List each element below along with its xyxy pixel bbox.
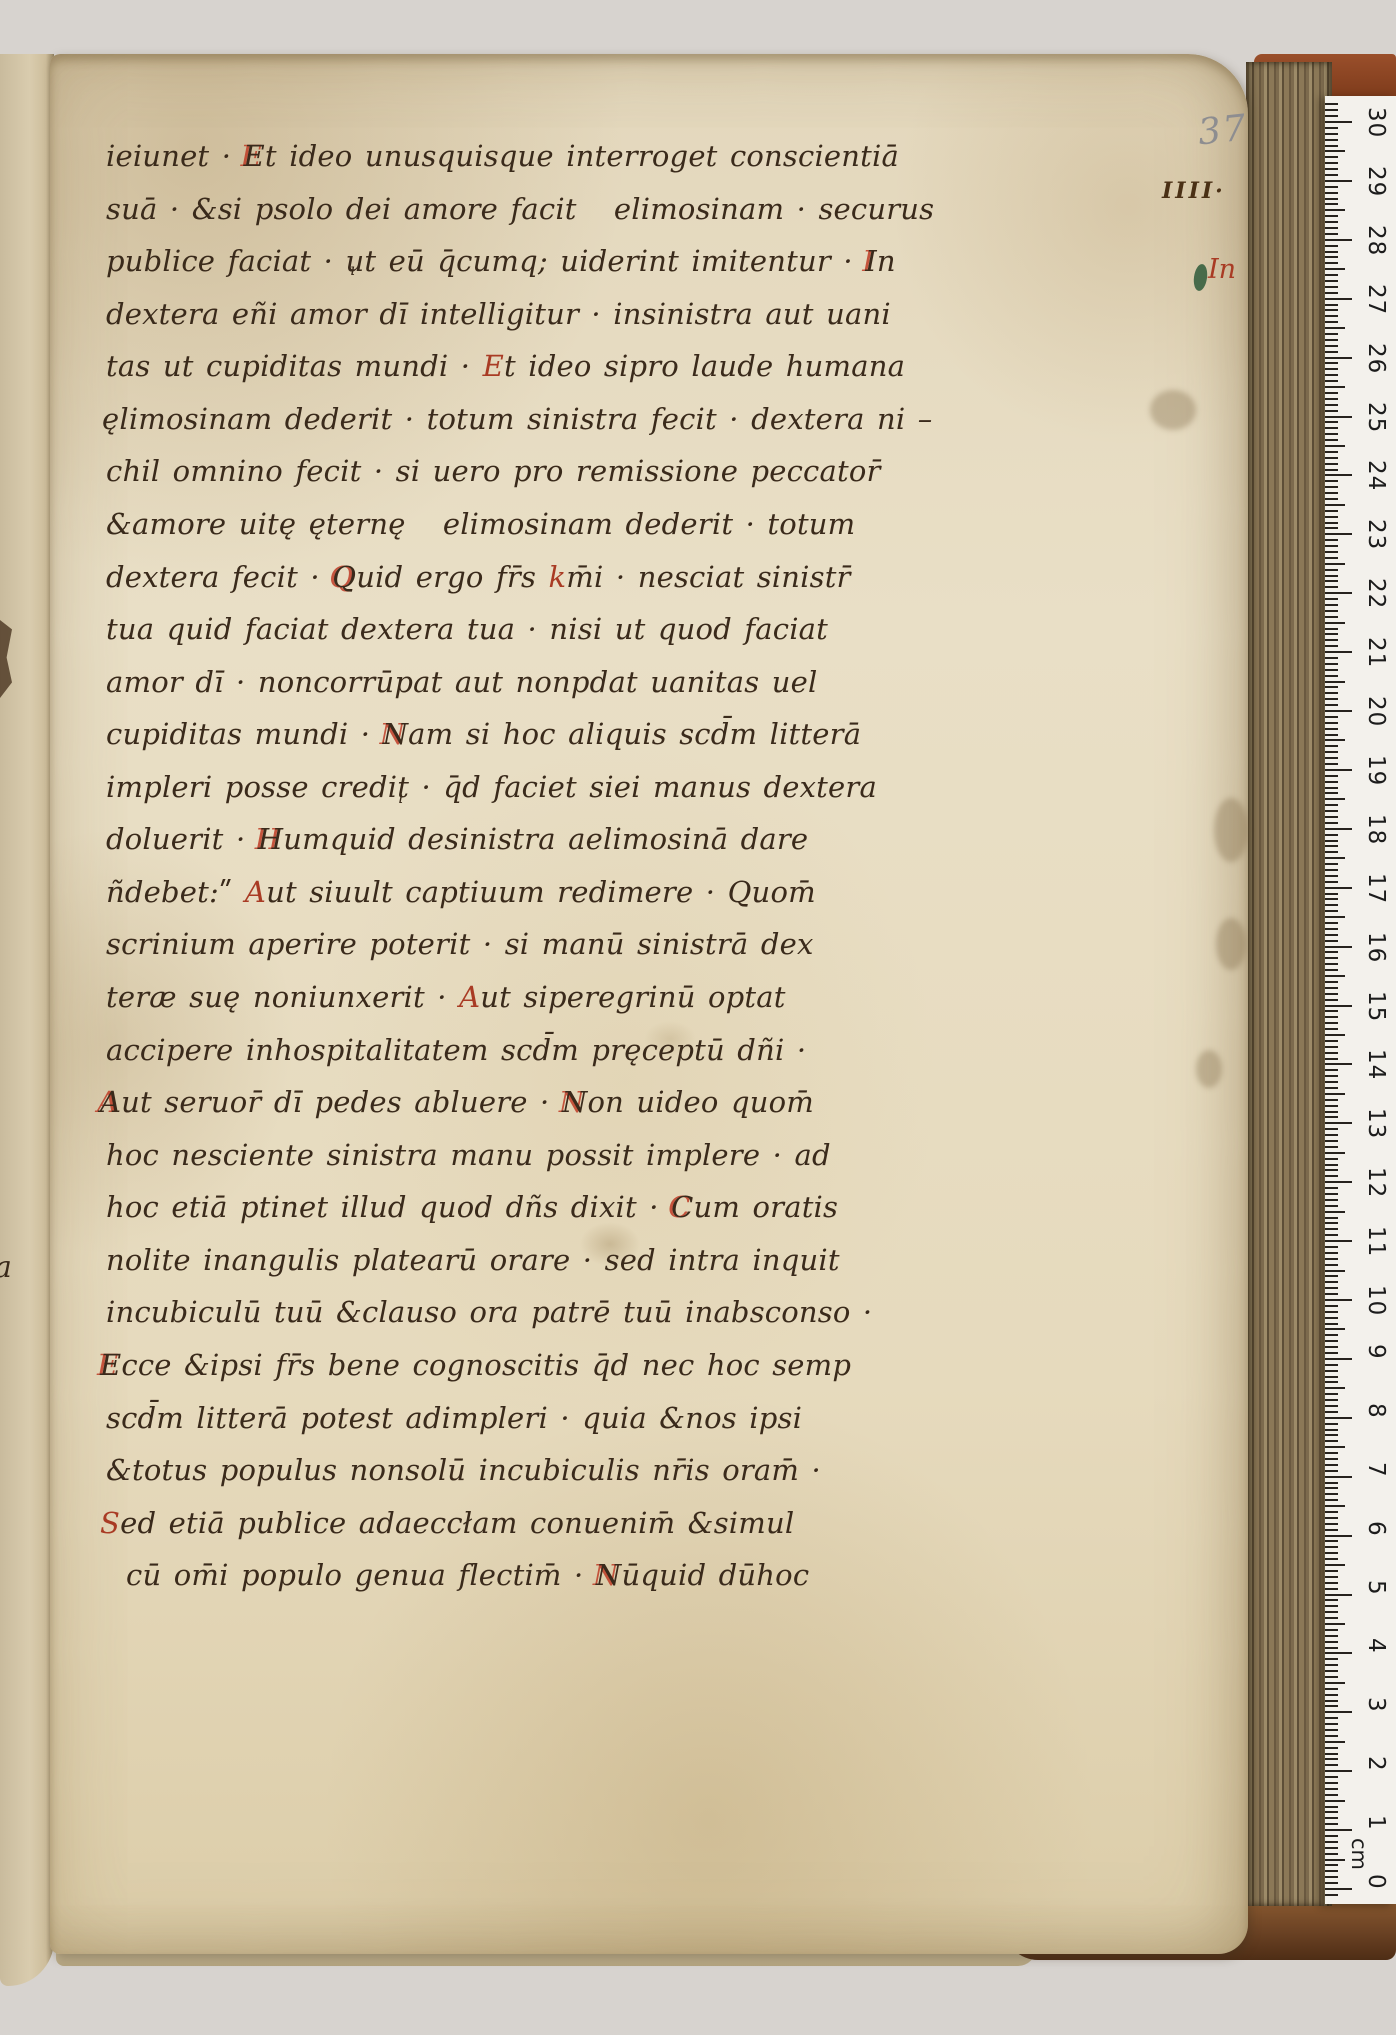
ink-text: cū om̄i populo genua flectim̄ · xyxy=(126,1558,596,1592)
ruler-tick xyxy=(1325,1122,1352,1124)
interlinear-correction-mark: ı xyxy=(398,788,403,807)
ruler-tick xyxy=(1325,957,1338,959)
ruler-tick xyxy=(1325,910,1338,912)
text-line: publice faciat · ut eū q̄cumq; uiderint … xyxy=(106,235,886,288)
ruler-tick xyxy=(1325,510,1338,512)
ruler-tick xyxy=(1325,1582,1338,1584)
ruler-tick xyxy=(1325,757,1338,759)
ruler-tick xyxy=(1325,1664,1338,1666)
ruler-number: 26 xyxy=(1363,343,1389,374)
ruler-tick xyxy=(1325,804,1338,806)
ink-offset-smudge xyxy=(1216,918,1246,970)
ruler-tick xyxy=(1325,1540,1338,1542)
ruler-tick xyxy=(1325,127,1338,129)
ink-text: cce &ipsi fr̄s bene cognoscitis q̄d nec … xyxy=(121,1348,851,1382)
ruler-tick xyxy=(1325,692,1338,694)
ruler-tick xyxy=(1325,1134,1338,1136)
ruler-number: 21 xyxy=(1363,637,1389,668)
ruler-number: 12 xyxy=(1363,1167,1389,1198)
ruler-tick xyxy=(1325,669,1338,671)
ruler-tick xyxy=(1325,1234,1338,1236)
ruler-tick xyxy=(1325,333,1338,335)
ruler-tick xyxy=(1325,1564,1345,1566)
ruler-tick xyxy=(1325,421,1338,423)
ruler-tick xyxy=(1325,893,1338,895)
ink-text: ut siperegrinū optat xyxy=(480,980,785,1014)
ruler-tick xyxy=(1325,734,1338,736)
ruler-tick xyxy=(1325,1499,1338,1501)
ruler-tick xyxy=(1325,1764,1338,1766)
ruler-tick xyxy=(1325,551,1338,553)
rubric-letter: A xyxy=(459,980,480,1014)
ruler-tick xyxy=(1325,321,1338,323)
ruler-tick xyxy=(1325,1440,1338,1442)
ink-text: ut siuult captiuum redimere · Quom̄ xyxy=(266,875,816,909)
ink-text: m̄i · nesciat sinistr̄ xyxy=(566,560,850,594)
rubric-letter: k xyxy=(549,560,567,594)
text-line: ñdebet:ʺ Aut siuult captiuum redimere · … xyxy=(106,866,886,919)
ruler-tick xyxy=(1325,1010,1338,1012)
ruler-tick xyxy=(1325,1063,1352,1065)
ruler-tick xyxy=(1325,569,1338,571)
ruler-number: 15 xyxy=(1363,991,1389,1022)
ruler-tick xyxy=(1325,115,1338,117)
ruler-tick xyxy=(1325,1452,1338,1454)
ruler-tick xyxy=(1325,1105,1338,1107)
ruler-number: 4 xyxy=(1363,1638,1389,1654)
ruler-tick xyxy=(1325,557,1338,559)
text-line: &totus populus nonsolū incubiculis nr̄is… xyxy=(106,1444,886,1497)
ruler-tick xyxy=(1325,1859,1345,1861)
ruler-tick xyxy=(1325,1187,1338,1189)
ruler-number: 22 xyxy=(1363,578,1389,609)
ink-text: tua quid faciat dextera tua · nisi ut qu… xyxy=(106,612,828,646)
ruler-tick xyxy=(1325,398,1338,400)
ruler-tick xyxy=(1325,239,1352,241)
ruler-tick xyxy=(1325,881,1338,883)
ruler-tick xyxy=(1325,863,1338,865)
ruler-tick xyxy=(1325,769,1352,771)
text-line: incubiculū tuū &clauso ora patrē tuū ina… xyxy=(106,1286,886,1339)
text-line: impleri posse credit · q̄d faciet siei m… xyxy=(106,761,886,814)
ruler-tick xyxy=(1325,174,1338,176)
text-line: scd̄m litterā potest adimpleri · quia &n… xyxy=(106,1392,886,1445)
ruler-tick xyxy=(1325,1423,1338,1425)
ruler-tick xyxy=(1325,1806,1338,1808)
ruler-tick xyxy=(1325,1535,1352,1537)
ruler-tick xyxy=(1325,622,1345,624)
rubric-letter: N xyxy=(562,1085,588,1119)
ruler-tick xyxy=(1325,592,1352,594)
ruler-tick xyxy=(1325,156,1338,158)
ruler-tick xyxy=(1325,1476,1352,1478)
ruler-tick xyxy=(1325,745,1338,747)
ruler-tick xyxy=(1325,1311,1338,1313)
ruler-number: 19 xyxy=(1363,755,1389,786)
ruler-tick xyxy=(1325,1240,1352,1242)
ruler-tick xyxy=(1325,792,1338,794)
ruler-number: 14 xyxy=(1363,1049,1389,1080)
ruler-tick xyxy=(1325,1446,1345,1448)
ruler-tick xyxy=(1325,663,1338,665)
rubric-letter: H xyxy=(258,822,284,856)
green-ink-spot xyxy=(1192,263,1209,292)
ruler-tick xyxy=(1325,380,1338,382)
ink-text: n xyxy=(877,244,896,278)
ruler-tick xyxy=(1325,1576,1338,1578)
ruler-tick xyxy=(1325,362,1338,364)
ruler-tick xyxy=(1325,1417,1352,1419)
ruler-tick xyxy=(1325,280,1338,282)
rubric-letter: E xyxy=(483,349,504,383)
ruler-tick xyxy=(1325,1776,1338,1778)
ruler-tick xyxy=(1325,162,1338,164)
ruler-tick xyxy=(1325,1682,1345,1684)
ink-text: um oratis xyxy=(693,1190,838,1224)
rubric-letter: Q xyxy=(332,560,356,594)
ruler-tick xyxy=(1325,1729,1338,1731)
ruler-tick xyxy=(1325,904,1338,906)
ruler-tick xyxy=(1325,580,1338,582)
ruler-number: 2 xyxy=(1363,1756,1389,1772)
book-fore-edge xyxy=(1246,62,1332,1906)
ruler-tick xyxy=(1325,1199,1338,1201)
ruler-tick xyxy=(1325,704,1338,706)
ink-text: tas ut cupiditas mundi · xyxy=(106,349,483,383)
ink-offset-smudge xyxy=(1196,1050,1222,1088)
ruler-tick xyxy=(1325,1393,1338,1395)
photo-backdrop: ieiunet · Et ideo unusquisque interroget… xyxy=(0,0,1396,2035)
ruler-tick xyxy=(1325,1258,1338,1260)
ruler-tick xyxy=(1325,251,1338,253)
ruler-number: 17 xyxy=(1363,873,1389,904)
ruler-tick xyxy=(1325,298,1352,300)
ruler-tick xyxy=(1325,1293,1338,1295)
text-line: ieiunet · Et ideo unusquisque interroget… xyxy=(106,130,886,183)
text-line: teræ suę noniunxerit · Aut siperegrinū o… xyxy=(106,971,886,1024)
ruler-tick xyxy=(1325,1217,1338,1219)
ruler-tick xyxy=(1325,1853,1338,1855)
ruler-tick xyxy=(1325,840,1338,842)
ruler-number: 3 xyxy=(1363,1697,1389,1713)
ink-text: &amore uitę ęternę elimosinam dederit · … xyxy=(106,507,855,541)
ruler-tick xyxy=(1325,345,1338,347)
ruler-tick xyxy=(1325,810,1338,812)
ruler-tick xyxy=(1325,545,1338,547)
under-leaf-edge xyxy=(0,54,54,1986)
ruler-tick xyxy=(1325,286,1338,288)
ink-offset-smudge xyxy=(1150,390,1196,430)
ruler-tick xyxy=(1325,392,1338,394)
ruler-tick xyxy=(1325,1034,1345,1036)
ruler-number: 28 xyxy=(1363,225,1389,256)
ruler-tick xyxy=(1325,451,1338,453)
ink-text: scd̄m litterā potest adimpleri · quia &n… xyxy=(106,1401,802,1435)
ruler-tick xyxy=(1325,1694,1338,1696)
ruler-tick xyxy=(1325,1829,1352,1831)
ruler-tick xyxy=(1325,1405,1338,1407)
ruler-tick xyxy=(1325,628,1338,630)
ruler-tick xyxy=(1325,1758,1338,1760)
ruler-tick xyxy=(1325,168,1338,170)
ruler-tick xyxy=(1325,439,1338,441)
ruler-tick xyxy=(1325,198,1338,200)
ruler-tick xyxy=(1325,1817,1338,1819)
ruler-tick xyxy=(1325,1493,1338,1495)
ruler-tick xyxy=(1325,1334,1338,1336)
ruler-tick xyxy=(1325,374,1338,376)
ruler-tick xyxy=(1325,1676,1338,1678)
ruler-tick xyxy=(1325,1464,1338,1466)
ruler-tick xyxy=(1325,504,1345,506)
ruler-tick xyxy=(1325,1641,1338,1643)
ruler-tick xyxy=(1325,1040,1338,1042)
ruler-number: 1 xyxy=(1363,1815,1389,1831)
ruler-tick xyxy=(1325,716,1338,718)
ruler-tick xyxy=(1325,598,1338,600)
ruler-tick xyxy=(1325,1588,1338,1590)
ruler-tick xyxy=(1325,1128,1338,1130)
ruler-tick xyxy=(1325,221,1338,223)
ruler-tick xyxy=(1325,1116,1338,1118)
ruler-tick xyxy=(1325,1340,1338,1342)
ruler-tick xyxy=(1325,121,1352,123)
ruler-tick xyxy=(1325,274,1338,276)
ruler-tick xyxy=(1325,1617,1338,1619)
ruler-tick xyxy=(1325,262,1338,264)
ruler-tick xyxy=(1325,150,1345,152)
ruler-tick xyxy=(1325,1022,1338,1024)
ink-text: ęlimosinam dederit · totum sinistra feci… xyxy=(102,402,932,436)
ruler-tick xyxy=(1325,975,1345,977)
ruler-tick xyxy=(1325,180,1352,182)
ruler-tick xyxy=(1325,898,1338,900)
ruler-tick xyxy=(1325,1811,1338,1813)
ruler-tick xyxy=(1325,445,1345,447)
ink-text: amor dī · noncorrūpat aut nonpdat uanita… xyxy=(106,665,818,699)
ruler-tick xyxy=(1325,1635,1338,1637)
ruler-tick xyxy=(1325,928,1338,930)
ink-text: ñdebet:ʺ xyxy=(106,875,245,909)
ruler-tick xyxy=(1325,999,1338,1001)
ruler-tick xyxy=(1325,1005,1352,1007)
ruler-tick xyxy=(1325,775,1338,777)
ruler-tick xyxy=(1325,1028,1338,1030)
ruler-tick xyxy=(1325,1647,1338,1649)
ruler-tick xyxy=(1325,1305,1338,1307)
ink-text: hoc etiā ptinet illud quod dñs dixit · xyxy=(106,1190,671,1224)
ink-text: am si hoc aliquis scd̄m litterā xyxy=(408,717,861,751)
ruler-tick xyxy=(1325,1270,1345,1272)
text-line: Aut seruor̄ dī pedes abluere · Non uideo… xyxy=(100,1076,886,1129)
ruler-tick xyxy=(1325,787,1338,789)
ruler-tick xyxy=(1325,427,1338,429)
ink-text: ūquid dūhoc xyxy=(621,1558,809,1592)
ruler-unit-label: cm xyxy=(1347,1838,1371,1870)
ruler-tick xyxy=(1325,309,1338,311)
rubric-letter: I xyxy=(865,244,877,278)
ruler-tick xyxy=(1325,1205,1338,1207)
ruler-tick xyxy=(1325,410,1338,412)
ruler-tick xyxy=(1325,227,1338,229)
ruler-tick xyxy=(1325,1841,1338,1843)
ruler-tick xyxy=(1325,1246,1338,1248)
ruler-tick xyxy=(1325,433,1338,435)
ruler-tick xyxy=(1325,1599,1338,1601)
ruler-tick xyxy=(1325,139,1338,141)
ruler-tick xyxy=(1325,1181,1352,1183)
ruler-tick xyxy=(1325,268,1345,270)
ruler-tick xyxy=(1325,1434,1338,1436)
ruler-tick xyxy=(1325,1275,1338,1277)
ruler-tick xyxy=(1325,651,1352,653)
ink-text: &totus populus nonsolū incubiculis nr̄is… xyxy=(106,1453,821,1487)
ruler-tick xyxy=(1325,215,1338,217)
ruler-tick xyxy=(1325,256,1338,258)
text-line: nolite inangulis platearū orare · sed in… xyxy=(106,1234,886,1287)
ruler-tick xyxy=(1325,845,1338,847)
ruler-tick xyxy=(1325,616,1338,618)
ruler-tick xyxy=(1325,474,1352,476)
ruler-tick xyxy=(1325,940,1338,942)
ruler-tick xyxy=(1325,739,1345,741)
ruler-tick xyxy=(1325,1788,1338,1790)
ruler-tick xyxy=(1325,1346,1338,1348)
ruler-tick xyxy=(1325,1505,1345,1507)
ruler-tick xyxy=(1325,486,1338,488)
ruler-tick xyxy=(1325,575,1338,577)
ruler-tick xyxy=(1325,469,1338,471)
text-line: cū om̄i populo genua flectim̄ · Nūquid d… xyxy=(126,1549,886,1602)
ruler-tick xyxy=(1325,315,1338,317)
ruler-tick xyxy=(1325,480,1338,482)
ruler-tick xyxy=(1325,1387,1345,1389)
ruler-tick xyxy=(1325,969,1338,971)
ruler-number: 23 xyxy=(1363,519,1389,550)
ink-text: ieiunet · xyxy=(106,139,244,173)
ruler-tick xyxy=(1325,1847,1338,1849)
ink-text: chil omnino fecit · si uero pro remissio… xyxy=(106,454,881,488)
ruler-tick xyxy=(1325,710,1352,712)
text-line: tua quid faciat dextera tua · nisi ut qu… xyxy=(106,603,886,656)
ruler-tick xyxy=(1325,675,1338,677)
ruler-number: 11 xyxy=(1363,1226,1389,1257)
ruler-tick xyxy=(1325,1175,1338,1177)
ruler-tick xyxy=(1325,1299,1352,1301)
text-line: suā · &si psolo dei amore facit elimosin… xyxy=(106,183,886,236)
ruler-tick xyxy=(1325,1081,1338,1083)
ruler-tick xyxy=(1325,1046,1338,1048)
ruler-tick xyxy=(1325,639,1338,641)
ruler-number: 10 xyxy=(1363,1285,1389,1316)
ruler-tick xyxy=(1325,851,1338,853)
ruler-tick xyxy=(1325,681,1345,683)
ink-text: hoc nesciente sinistra manu possit imple… xyxy=(106,1138,831,1172)
ruler-number: 25 xyxy=(1363,402,1389,433)
ruler-tick xyxy=(1325,304,1338,306)
ruler-tick xyxy=(1325,1281,1338,1283)
ruler-tick xyxy=(1325,1523,1338,1525)
ruler-tick xyxy=(1325,1688,1338,1690)
ruler-tick xyxy=(1325,1429,1338,1431)
ruler-number: 20 xyxy=(1363,696,1389,727)
ruler-tick xyxy=(1325,1164,1338,1166)
ruler-tick xyxy=(1325,1558,1338,1560)
ruler-tick xyxy=(1325,563,1345,565)
ink-text: uid ergo fr̄s xyxy=(356,560,548,594)
ruler-tick xyxy=(1325,993,1338,995)
ruler-tick xyxy=(1325,1058,1338,1060)
ruler-tick xyxy=(1325,1140,1338,1142)
ruler-tick xyxy=(1325,586,1338,588)
ruler-tick xyxy=(1325,404,1338,406)
ruler-tick xyxy=(1325,1705,1338,1707)
ruler-tick xyxy=(1325,1529,1338,1531)
ruler-tick xyxy=(1325,610,1338,612)
ruler-tick xyxy=(1325,351,1338,353)
ruler-tick xyxy=(1325,1069,1338,1071)
rubric-letter: S xyxy=(100,1506,120,1540)
ruler-tick xyxy=(1325,1411,1338,1413)
ruler-tick xyxy=(1325,133,1338,135)
text-block: ieiunet · Et ideo unusquisque interroget… xyxy=(106,130,886,1602)
ruler-tick xyxy=(1325,1870,1338,1872)
folio-number: 37 xyxy=(1196,108,1250,154)
ruler-tick xyxy=(1325,604,1338,606)
ink-text: dextera eñi amor dī intelligitur · insin… xyxy=(106,297,891,331)
ruler-number: 13 xyxy=(1363,1108,1389,1139)
ink-text: dextera fecit · xyxy=(106,560,332,594)
ruler-tick xyxy=(1325,722,1338,724)
ruler-tick xyxy=(1325,834,1338,836)
ruler-tick xyxy=(1325,1658,1338,1660)
ruler-tick xyxy=(1325,186,1338,188)
ink-text: ed etiā publice adaeccłam conuenim̄ &sim… xyxy=(120,1506,794,1540)
ruler-tick xyxy=(1325,887,1352,889)
interlinear-correction-mark: ı xyxy=(350,260,355,279)
ruler-tick xyxy=(1325,527,1338,529)
ruler-tick xyxy=(1325,1570,1338,1572)
quire-signature: IIII· xyxy=(1162,178,1226,204)
ruler-tick xyxy=(1325,192,1338,194)
ruler-tick xyxy=(1325,463,1338,465)
ruler-tick xyxy=(1325,1864,1338,1866)
text-line: amor dī · noncorrūpat aut nonpdat uanita… xyxy=(106,656,886,709)
ruler-tick xyxy=(1325,522,1338,524)
ink-text: cupiditas mundi · xyxy=(106,717,383,751)
ink-text: publice faciat · ut eū q̄cumq; uiderint … xyxy=(106,244,865,278)
ruler-tick xyxy=(1325,1376,1338,1378)
ruler-tick xyxy=(1325,698,1338,700)
ruler-number: 6 xyxy=(1363,1521,1389,1537)
ruler-tick xyxy=(1325,1169,1338,1171)
ruler-tick xyxy=(1325,645,1338,647)
text-line: Ecce &ipsi fr̄s bene cognoscitis q̄d nec… xyxy=(100,1339,886,1392)
ruler-tick xyxy=(1325,869,1338,871)
ruler-tick xyxy=(1325,1381,1338,1383)
ruler-tick xyxy=(1325,1264,1338,1266)
ruler-tick xyxy=(1325,233,1338,235)
ruler-tick xyxy=(1325,1823,1338,1825)
ink-text: ut seruor̄ dī pedes abluere · xyxy=(121,1085,562,1119)
ruler-tick xyxy=(1325,1470,1338,1472)
ruler-tick xyxy=(1325,1364,1338,1366)
ink-offset-smudge xyxy=(1214,798,1248,862)
ruler-tick xyxy=(1325,1152,1345,1154)
ruler-tick xyxy=(1325,1546,1338,1548)
ruler-tick xyxy=(1325,292,1338,294)
ruler-tick xyxy=(1325,1458,1338,1460)
